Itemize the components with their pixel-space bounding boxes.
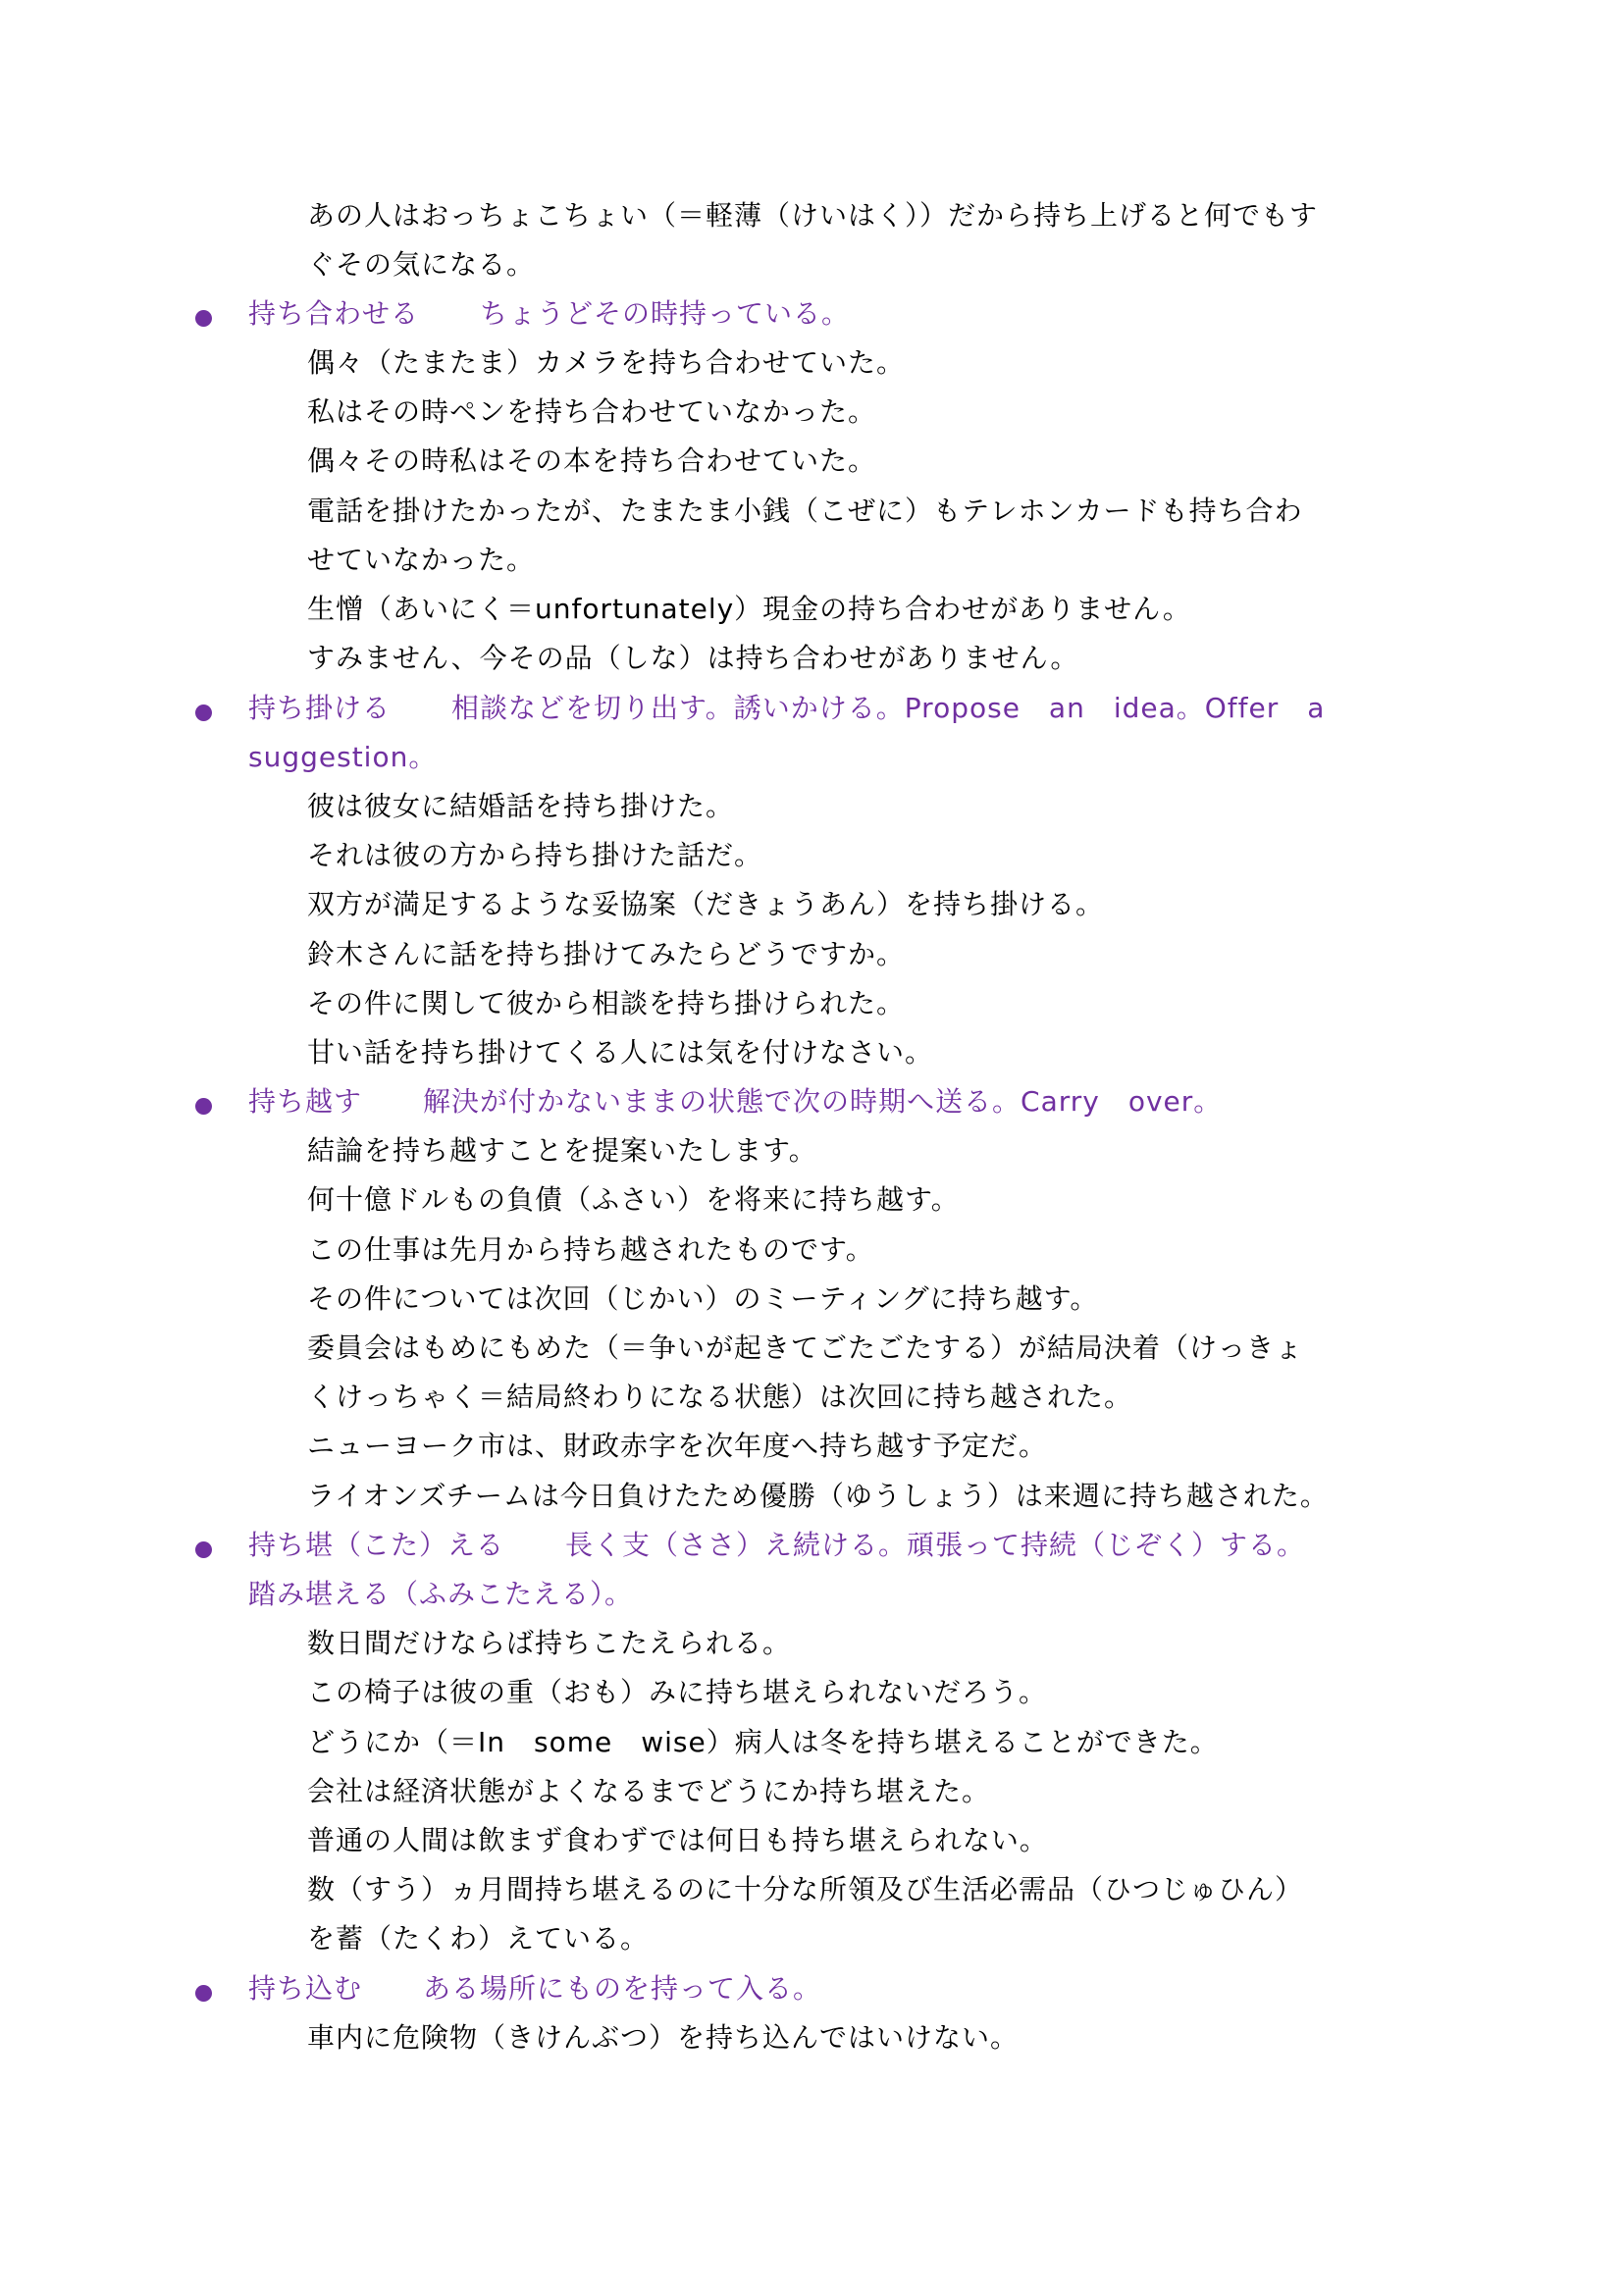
- definition: ちょうどその時持っている。: [480, 297, 850, 330]
- example-sentence: 数日間だけならば持ちこたえられる。: [307, 1624, 791, 1663]
- term-heading: 持ち堪（こた）える長く支（ささ）え続ける。頑張って持続（じぞく）する。: [248, 1526, 1305, 1565]
- example-sentence: その件に関して彼から相談を持ち掛けられた。: [307, 984, 905, 1023]
- example-sentence: ライオンズチームは今日負けたため優勝（ゆうしょう）は来週に持ち越された。: [307, 1477, 1329, 1516]
- example-sentence: 偶々（たまたま）カメラを持ち合わせていた。: [307, 343, 905, 383]
- definition: 長く支（ささ）え続ける。頑張って持続（じぞく）する。: [565, 1529, 1305, 1561]
- example-sentence: 私はその時ペンを持ち合わせていなかった。: [307, 392, 876, 432]
- example-sentence: すみません、今その品（しな）は持ち合わせがありません。: [307, 639, 1078, 678]
- term: 持ち堪（こた）える: [248, 1529, 504, 1561]
- example-sentence: を蓄（たくわ）えている。: [307, 1919, 649, 1958]
- example-sentence: その件については次回（じかい）のミーティングに持ち越す。: [307, 1279, 1098, 1319]
- example-sentence: 生憎（あいにく＝unfortunately）現金の持ち合わせがありません。: [307, 590, 1191, 629]
- term-heading-continued: 踏み堪える（ふみこたえる）。: [248, 1575, 633, 1614]
- example-sentence: 普通の人間は飲まず食わずでは何日も持ち堪えられない。: [307, 1821, 1048, 1860]
- example-sentence: この仕事は先月から持ち越されたものです。: [307, 1230, 874, 1270]
- example-sentence: 結論を持ち越すことを提案いたします。: [307, 1131, 817, 1171]
- example-sentence: どうにか（＝In some wise）病人は冬を持ち堪えることができた。: [307, 1723, 1219, 1762]
- definition: 解決が付かないままの状態で次の時期へ送る。Carry over。: [423, 1085, 1222, 1118]
- example-sentence: くけっちゃく＝結局終わりになる状態）は次回に持ち越された。: [307, 1378, 1132, 1417]
- example-sentence: ニューヨーク市は、財政赤字を次年度へ持ち越す予定だ。: [307, 1427, 1047, 1466]
- example-sentence: 鈴木さんに話を持ち掛けてみたらどうですか。: [307, 935, 905, 974]
- definition: ある場所にものを持って入る。: [423, 1972, 821, 2005]
- example-sentence: ぐその気になる。: [307, 245, 535, 285]
- term: 持ち合わせる: [248, 297, 419, 330]
- example-sentence: この椅子は彼の重（おも）みに持ち堪えられないだろう。: [307, 1673, 1047, 1712]
- example-sentence: 会社は経済状態がよくなるまでどうにか持ち堪えた。: [307, 1772, 990, 1811]
- term-heading-continued: suggestion。: [248, 738, 437, 777]
- example-sentence: 数（すう）ヵ月間持ち堪えるのに十分な所領及び生活必需品（ひつじゅひん）: [307, 1870, 1303, 1909]
- term: 持ち込む: [248, 1972, 362, 2005]
- example-sentence: 双方が満足するような妥協案（だきょうあん）を持ち掛ける。: [307, 885, 1104, 924]
- document-page: あの人はおっちょこちょい（＝軽薄（けいはく））だから持ち上げると何でもす ぐその…: [0, 0, 1624, 2296]
- term-heading: 持ち合わせるちょうどその時持っている。: [248, 294, 850, 334]
- term: 持ち越す: [248, 1085, 362, 1118]
- example-sentence: 電話を掛けたかったが、たまたま小銭（こぜに）もテレホンカードも持ち合わ: [307, 492, 1302, 531]
- bullet-icon: [195, 1541, 212, 1558]
- example-sentence: 彼は彼女に結婚話を持ち掛けた。: [307, 787, 734, 826]
- bullet-icon: [195, 310, 212, 327]
- example-sentence: それは彼の方から持ち掛けた話だ。: [307, 836, 762, 875]
- example-sentence: 車内に危険物（きけんぶつ）を持ち込んではいけない。: [307, 2018, 1019, 2058]
- example-sentence: 委員会はもめにもめた（＝争いが起きてごたごたする）が結局決着（けっきょ: [307, 1329, 1303, 1368]
- bullet-icon: [195, 1098, 212, 1115]
- definition: 相談などを切り出す。誘いかける。Propose an idea。Offer a: [451, 692, 1325, 724]
- term-heading: 持ち掛ける相談などを切り出す。誘いかける。Propose an idea。Off…: [248, 689, 1325, 728]
- bullet-icon: [195, 1985, 212, 2002]
- term-heading: 持ち込むある場所にものを持って入る。: [248, 1969, 821, 2009]
- term: 持ち掛ける: [248, 692, 391, 724]
- example-sentence: あの人はおっちょこちょい（＝軽薄（けいはく））だから持ち上げると何でもす: [307, 196, 1318, 235]
- example-sentence: せていなかった。: [307, 541, 535, 580]
- bullet-icon: [195, 704, 212, 721]
- example-sentence: 偶々その時私はその本を持ち合わせていた。: [307, 442, 876, 481]
- example-sentence: 甘い話を持ち掛けてくる人には気を付けなさい。: [307, 1033, 933, 1072]
- term-heading: 持ち越す解決が付かないままの状態で次の時期へ送る。Carry over。: [248, 1082, 1222, 1122]
- example-sentence: 何十億ドルもの負債（ふさい）を将来に持ち越す。: [307, 1180, 960, 1220]
